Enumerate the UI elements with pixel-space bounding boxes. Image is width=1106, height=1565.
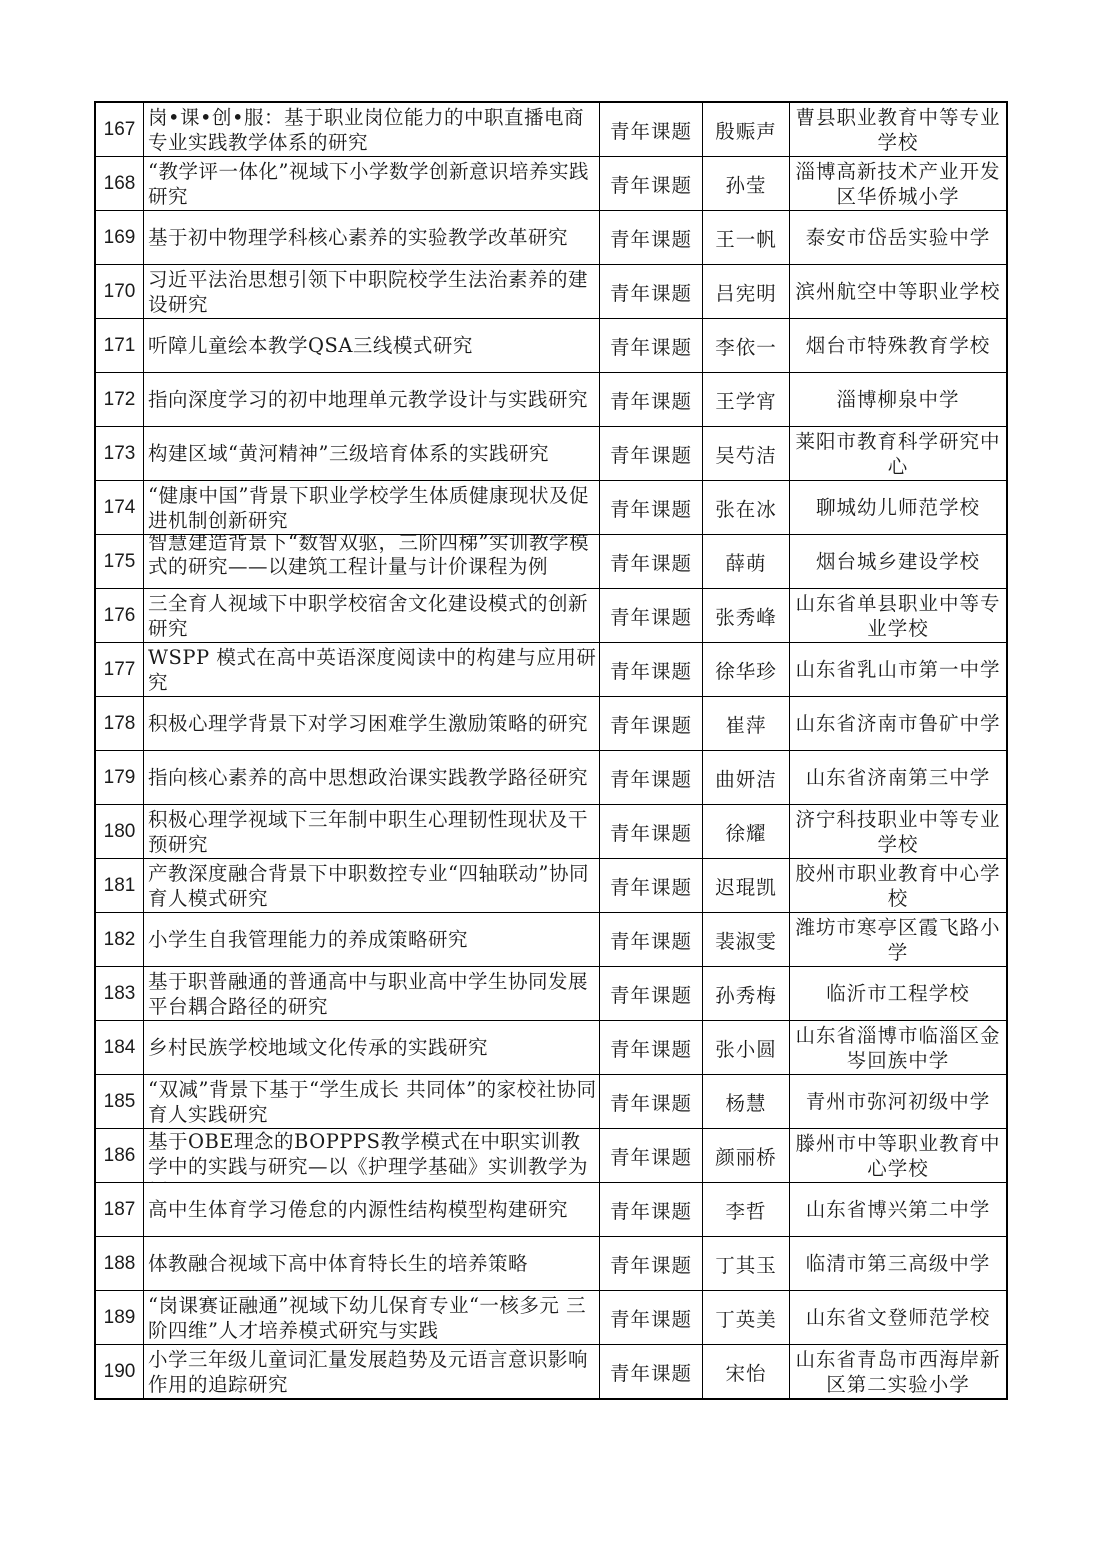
project-type: 青年课题 [600,373,703,427]
project-title: “健康中国”背景下职业学校学生体质健康现状及促进机制创新研究 [148,483,599,533]
project-type: 青年课题 [600,481,703,535]
row-number: 177 [95,643,144,697]
table-row: 169基于初中物理学科核心素养的实验教学改革研究青年课题王一帆泰安市岱岳实验中学 [95,211,1007,265]
school-name: 莱阳市教育科学研究中心 [790,427,1008,481]
researcher-name: 王一帆 [703,211,790,265]
project-title-cell: 小学生自我管理能力的养成策略研究 [144,913,600,967]
project-type: 青年课题 [600,1183,703,1237]
project-title-cell: 基于职普融通的普通高中与职业高中学生协同发展平台耦合路径的研究 [144,967,600,1021]
table-row: 185“双减”背景下基于“学生成长 共同体”的家校社协同育人实践研究青年课题杨慧… [95,1075,1007,1129]
row-number: 186 [95,1129,144,1183]
table-row: 184乡村民族学校地域文化传承的实践研究青年课题张小圆山东省淄博市临淄区金岑回族… [95,1021,1007,1075]
project-type: 青年课题 [600,1075,703,1129]
project-title-cell: 构建区域“黄河精神”三级培育体系的实践研究 [144,427,600,481]
school-name: 烟台市特殊教育学校 [790,319,1008,373]
project-type: 青年课题 [600,1291,703,1345]
school-name: 烟台城乡建设学校 [790,535,1008,589]
project-title-cell: 岗•课•创•服：基于职业岗位能力的中职直播电商专业实践教学体系的研究 [144,102,600,157]
researcher-name: 宋怡 [703,1345,790,1400]
project-title-cell: 高中生体育学习倦怠的内源性结构模型构建研究 [144,1183,600,1237]
table-row: 181产教深度融合背景下中职数控专业“四轴联动”协同育人模式研究青年课题迟琨凯胶… [95,859,1007,913]
row-number: 175 [95,535,144,589]
row-number: 171 [95,319,144,373]
project-title-cell: WSPP 模式在高中英语深度阅读中的构建与应用研究 [144,643,600,697]
table-row: 176三全育人视域下中职学校宿舍文化建设模式的创新研究青年课题张秀峰山东省单县职… [95,589,1007,643]
school-name: 滨州航空中等职业学校 [790,265,1008,319]
project-title: 指向核心素养的高中思想政治课实践教学路径研究 [148,765,599,790]
school-name: 泰安市岱岳实验中学 [790,211,1008,265]
project-type: 青年课题 [600,859,703,913]
project-type: 青年课题 [600,967,703,1021]
school-name: 临沂市工程学校 [790,967,1008,1021]
table-row: 179指向核心素养的高中思想政治课实践教学路径研究青年课题曲妍洁山东省济南第三中… [95,751,1007,805]
table-row: 187高中生体育学习倦怠的内源性结构模型构建研究青年课题李哲山东省博兴第二中学 [95,1183,1007,1237]
project-title-cell: 智慧建造背景下“数智双驱，三阶四梯”实训教学模式的研究——以建筑工程计量与计价课… [144,535,600,589]
project-title-cell: “岗课赛证融通”视域下幼儿保育专业“一核多元 三阶四维”人才培养模式研究与实践 [144,1291,600,1345]
project-title: 乡村民族学校地域文化传承的实践研究 [148,1035,599,1060]
project-type: 青年课题 [600,643,703,697]
project-type: 青年课题 [600,535,703,589]
school-name: 山东省济南第三中学 [790,751,1008,805]
researcher-name: 孙秀梅 [703,967,790,1021]
project-title-cell: 指向深度学习的初中地理单元教学设计与实践研究 [144,373,600,427]
row-number: 180 [95,805,144,859]
project-type: 青年课题 [600,211,703,265]
researcher-name: 殷赈声 [703,102,790,157]
document-page: 167岗•课•创•服：基于职业岗位能力的中职直播电商专业实践教学体系的研究青年课… [0,0,1106,1565]
researcher-name: 张秀峰 [703,589,790,643]
researcher-name: 曲妍洁 [703,751,790,805]
table-row: 173构建区域“黄河精神”三级培育体系的实践研究青年课题吴芍洁莱阳市教育科学研究… [95,427,1007,481]
researcher-name: 王学宵 [703,373,790,427]
project-title-cell: 小学三年级儿童词汇量发展趋势及元语言意识影响作用的追踪研究 [144,1345,600,1400]
project-title-cell: 习近平法治思想引领下中职院校学生法治素养的建设研究 [144,265,600,319]
project-title: 小学生自我管理能力的养成策略研究 [148,927,599,952]
researcher-name: 薛萌 [703,535,790,589]
school-name: 临清市第三高级中学 [790,1237,1008,1291]
row-number: 179 [95,751,144,805]
row-number: 167 [95,102,144,157]
project-type: 青年课题 [600,265,703,319]
project-title-cell: 三全育人视域下中职学校宿舍文化建设模式的创新研究 [144,589,600,643]
project-title-cell: 积极心理学背景下对学习困难学生激励策略的研究 [144,697,600,751]
row-number: 181 [95,859,144,913]
school-name: 聊城幼儿师范学校 [790,481,1008,535]
project-type: 青年课题 [600,697,703,751]
project-type: 青年课题 [600,1021,703,1075]
project-list-table: 167岗•课•创•服：基于职业岗位能力的中职直播电商专业实践教学体系的研究青年课… [94,101,1008,1400]
table-row: 177WSPP 模式在高中英语深度阅读中的构建与应用研究青年课题徐华珍山东省乳山… [95,643,1007,697]
project-title-cell: “健康中国”背景下职业学校学生体质健康现状及促进机制创新研究 [144,481,600,535]
school-name: 淄博柳泉中学 [790,373,1008,427]
row-number: 185 [95,1075,144,1129]
researcher-name: 李依一 [703,319,790,373]
project-type: 青年课题 [600,589,703,643]
project-title-cell: “双减”背景下基于“学生成长 共同体”的家校社协同育人实践研究 [144,1075,600,1129]
table-row: 186基于OBE理念的BOPPPS教学模式在中职实训教学中的实践与研究—以《护理… [95,1129,1007,1183]
researcher-name: 崔萍 [703,697,790,751]
school-name: 山东省淄博市临淄区金岑回族中学 [790,1021,1008,1075]
project-type: 青年课题 [600,1345,703,1400]
table-row: 171听障儿童绘本教学QSA三线模式研究青年课题李依一烟台市特殊教育学校 [95,319,1007,373]
table-row: 182小学生自我管理能力的养成策略研究青年课题裴淑雯潍坊市寒亭区霞飞路小学 [95,913,1007,967]
project-title: 产教深度融合背景下中职数控专业“四轴联动”协同育人模式研究 [148,861,599,911]
project-type: 青年课题 [600,319,703,373]
project-title-cell: 指向核心素养的高中思想政治课实践教学路径研究 [144,751,600,805]
researcher-name: 徐耀 [703,805,790,859]
row-number: 184 [95,1021,144,1075]
school-name: 山东省济南市鲁矿中学 [790,697,1008,751]
project-title: 基于职普融通的普通高中与职业高中学生协同发展平台耦合路径的研究 [148,969,599,1019]
researcher-name: 张在冰 [703,481,790,535]
table-row: 190小学三年级儿童词汇量发展趋势及元语言意识影响作用的追踪研究青年课题宋怡山东… [95,1345,1007,1400]
row-number: 170 [95,265,144,319]
row-number: 189 [95,1291,144,1345]
project-title: 智慧建造背景下“数智双驱，三阶四梯”实训教学模式的研究——以建筑工程计量与计价课… [148,535,599,585]
project-title: 高中生体育学习倦怠的内源性结构模型构建研究 [148,1197,599,1222]
project-type: 青年课题 [600,427,703,481]
researcher-name: 吴芍洁 [703,427,790,481]
school-name: 山东省博兴第二中学 [790,1183,1008,1237]
project-title: “岗课赛证融通”视域下幼儿保育专业“一核多元 三阶四维”人才培养模式研究与实践 [148,1293,599,1343]
project-title: 构建区域“黄河精神”三级培育体系的实践研究 [148,441,599,466]
row-number: 172 [95,373,144,427]
researcher-name: 吕宪明 [703,265,790,319]
row-number: 173 [95,427,144,481]
project-title: “教学评一体化”视域下小学数学创新意识培养实践研究 [148,159,599,209]
table-row: 167岗•课•创•服：基于职业岗位能力的中职直播电商专业实践教学体系的研究青年课… [95,102,1007,157]
researcher-name: 徐华珍 [703,643,790,697]
researcher-name: 张小圆 [703,1021,790,1075]
school-name: 胶州市职业教育中心学校 [790,859,1008,913]
researcher-name: 裴淑雯 [703,913,790,967]
project-title-cell: 体教融合视域下高中体育特长生的培养策略 [144,1237,600,1291]
project-title: 基于OBE理念的BOPPPS教学模式在中职实训教学中的实践与研究—以《护理学基础… [148,1129,599,1182]
table-row: 172指向深度学习的初中地理单元教学设计与实践研究青年课题王学宵淄博柳泉中学 [95,373,1007,427]
project-title-cell: 听障儿童绘本教学QSA三线模式研究 [144,319,600,373]
project-title: 积极心理学背景下对学习困难学生激励策略的研究 [148,711,599,736]
table-row: 189“岗课赛证融通”视域下幼儿保育专业“一核多元 三阶四维”人才培养模式研究与… [95,1291,1007,1345]
table-row: 178积极心理学背景下对学习困难学生激励策略的研究青年课题崔萍山东省济南市鲁矿中… [95,697,1007,751]
table-row: 183基于职普融通的普通高中与职业高中学生协同发展平台耦合路径的研究青年课题孙秀… [95,967,1007,1021]
project-title-cell: “教学评一体化”视域下小学数学创新意识培养实践研究 [144,157,600,211]
researcher-name: 杨慧 [703,1075,790,1129]
project-title: 听障儿童绘本教学QSA三线模式研究 [148,333,599,358]
project-title-cell: 基于初中物理学科核心素养的实验教学改革研究 [144,211,600,265]
project-title-cell: 产教深度融合背景下中职数控专业“四轴联动”协同育人模式研究 [144,859,600,913]
school-name: 滕州市中等职业教育中心学校 [790,1129,1008,1183]
researcher-name: 孙莹 [703,157,790,211]
project-title: WSPP 模式在高中英语深度阅读中的构建与应用研究 [148,645,599,695]
school-name: 潍坊市寒亭区霞飞路小学 [790,913,1008,967]
row-number: 188 [95,1237,144,1291]
project-title-cell: 积极心理学视域下三年制中职生心理韧性现状及干预研究 [144,805,600,859]
row-number: 176 [95,589,144,643]
table-row: 174“健康中国”背景下职业学校学生体质健康现状及促进机制创新研究青年课题张在冰… [95,481,1007,535]
school-name: 淄博高新技术产业开发区华侨城小学 [790,157,1008,211]
project-title: 岗•课•创•服：基于职业岗位能力的中职直播电商专业实践教学体系的研究 [148,105,599,155]
project-type: 青年课题 [600,805,703,859]
school-name: 山东省单县职业中等专业学校 [790,589,1008,643]
project-type: 青年课题 [600,1129,703,1183]
table-row: 170习近平法治思想引领下中职院校学生法治素养的建设研究青年课题吕宪明滨州航空中… [95,265,1007,319]
school-name: 曹县职业教育中等专业学校 [790,102,1008,157]
school-name: 济宁科技职业中等专业学校 [790,805,1008,859]
table-body: 167岗•课•创•服：基于职业岗位能力的中职直播电商专业实践教学体系的研究青年课… [95,102,1007,1399]
school-name: 山东省青岛市西海岸新区第二实验小学 [790,1345,1008,1400]
project-type: 青年课题 [600,913,703,967]
researcher-name: 颜丽桥 [703,1129,790,1183]
school-name: 山东省乳山市第一中学 [790,643,1008,697]
project-title: 体教融合视域下高中体育特长生的培养策略 [148,1251,599,1276]
project-type: 青年课题 [600,751,703,805]
project-type: 青年课题 [600,157,703,211]
researcher-name: 迟琨凯 [703,859,790,913]
row-number: 178 [95,697,144,751]
row-number: 169 [95,211,144,265]
project-title: 指向深度学习的初中地理单元教学设计与实践研究 [148,387,599,412]
project-title-cell: 基于OBE理念的BOPPPS教学模式在中职实训教学中的实践与研究—以《护理学基础… [144,1129,600,1183]
researcher-name: 李哲 [703,1183,790,1237]
table-row: 168“教学评一体化”视域下小学数学创新意识培养实践研究青年课题孙莹淄博高新技术… [95,157,1007,211]
row-number: 182 [95,913,144,967]
researcher-name: 丁英美 [703,1291,790,1345]
table-row: 180积极心理学视域下三年制中职生心理韧性现状及干预研究青年课题徐耀济宁科技职业… [95,805,1007,859]
table-row: 188体教融合视域下高中体育特长生的培养策略青年课题丁其玉临清市第三高级中学 [95,1237,1007,1291]
row-number: 190 [95,1345,144,1400]
researcher-name: 丁其玉 [703,1237,790,1291]
row-number: 183 [95,967,144,1021]
row-number: 187 [95,1183,144,1237]
school-name: 山东省文登师范学校 [790,1291,1008,1345]
project-title: 小学三年级儿童词汇量发展趋势及元语言意识影响作用的追踪研究 [148,1347,599,1397]
school-name: 青州市弥河初级中学 [790,1075,1008,1129]
table-row: 175智慧建造背景下“数智双驱，三阶四梯”实训教学模式的研究——以建筑工程计量与… [95,535,1007,589]
project-title: 积极心理学视域下三年制中职生心理韧性现状及干预研究 [148,807,599,857]
project-title: 基于初中物理学科核心素养的实验教学改革研究 [148,225,599,250]
row-number: 174 [95,481,144,535]
project-type: 青年课题 [600,1237,703,1291]
project-title-cell: 乡村民族学校地域文化传承的实践研究 [144,1021,600,1075]
project-type: 青年课题 [600,102,703,157]
project-title: “双减”背景下基于“学生成长 共同体”的家校社协同育人实践研究 [148,1077,599,1127]
project-title: 习近平法治思想引领下中职院校学生法治素养的建设研究 [148,267,599,317]
row-number: 168 [95,157,144,211]
project-title: 三全育人视域下中职学校宿舍文化建设模式的创新研究 [148,591,599,641]
